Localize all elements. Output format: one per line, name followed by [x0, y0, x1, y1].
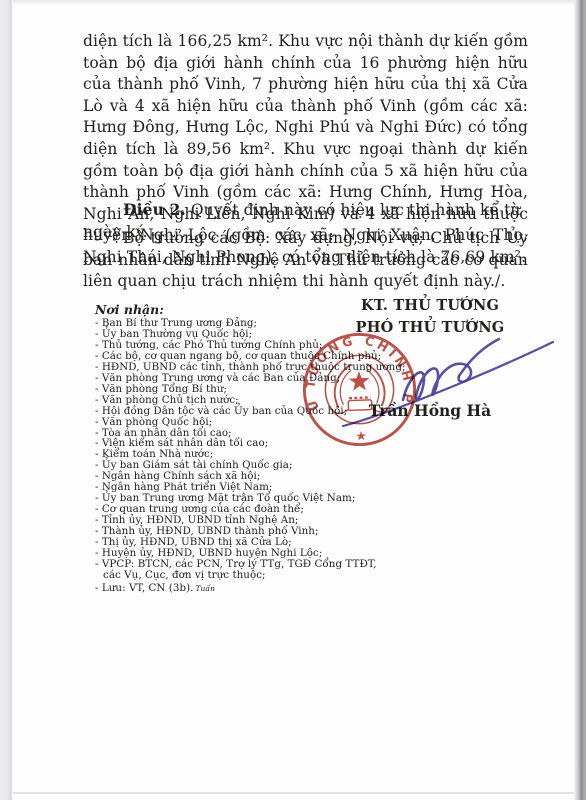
page-left-edge	[0, 0, 13, 800]
article-2-label: Điều 2.	[123, 200, 186, 219]
signature-title-kt: KT. THỦ TƯỚNG	[330, 295, 530, 317]
page-bottom-edge	[13, 792, 574, 794]
paragraph-responsibility: Bộ trưởng các Bộ: Xây dựng, Nội vụ; Chủ …	[83, 228, 528, 293]
document-page: diện tích là 166,25 km². Khu vực nội thà…	[0, 0, 586, 800]
page-top-edge	[0, 0, 586, 5]
archive-note-line: - Lưu: VT, CN (3b).Tuấn	[95, 583, 395, 595]
clerk-initial: Tuấn	[196, 584, 215, 593]
archive-note-text: - Lưu: VT, CN (3b).	[95, 582, 194, 594]
page-right-edge-shadow	[574, 0, 586, 800]
signature-ink-icon	[325, 330, 565, 435]
recipient-item: các Vụ, Cục, đơn vị trực thuộc;	[95, 570, 395, 581]
recipients-label: Nơi nhận:	[95, 302, 164, 317]
